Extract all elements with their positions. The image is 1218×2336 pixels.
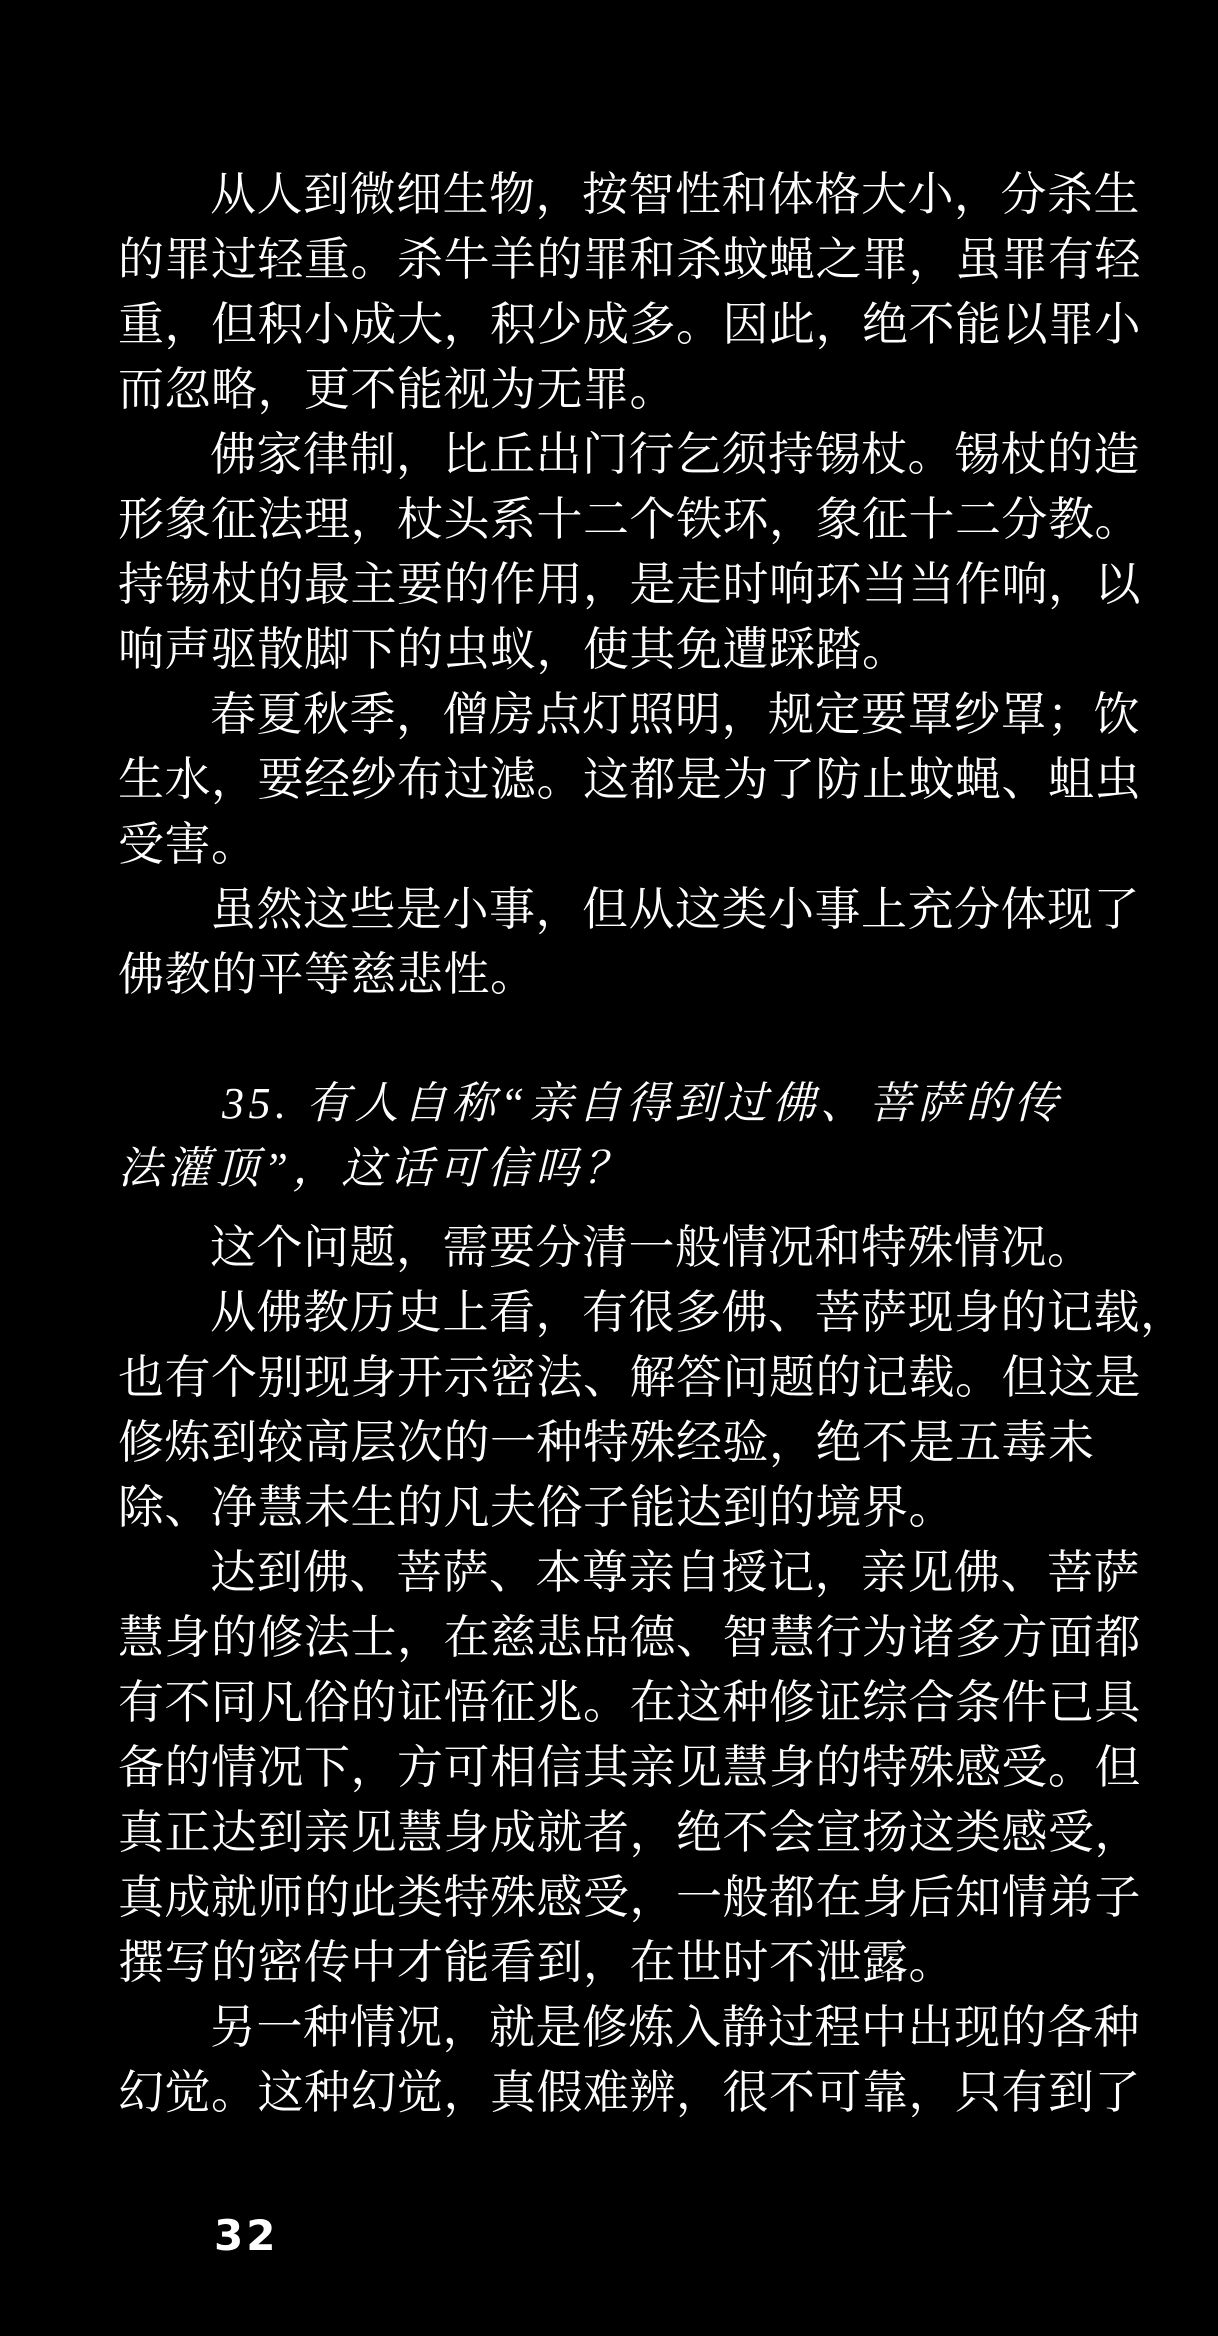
book-page: 从人到微细生物，按智性和体格大小，分杀生的罪过轻重。杀牛羊的罪和杀蚊蝇之罪，虽罪…: [0, 0, 1218, 2336]
text-line: 佛家律制，比丘出门行乞须持锡杖。锡杖的造: [118, 422, 1148, 487]
text-line: 35. 有人自称“亲自得到过佛、菩萨的传: [118, 1071, 1148, 1136]
text-line: 修炼到较高层次的一种特殊经验，绝不是五毒未: [118, 1410, 1148, 1475]
text-line: 形象征法理，杖头系十二个铁环，象征十二分教。: [118, 487, 1148, 552]
text-line: 响声驱散脚下的虫蚁，使其免遭踩踏。: [118, 617, 1148, 682]
paragraph: 达到佛、菩萨、本尊亲自授记，亲见佛、菩萨慧身的修法士，在慈悲品德、智慧行为诸多方…: [118, 1540, 1148, 1995]
text-line: 而忽略，更不能视为无罪。: [118, 357, 1148, 422]
paragraph: 虽然这些是小事，但从这类小事上充分体现了佛教的平等慈悲性。: [118, 877, 1148, 1007]
text-line: 幻觉。这种幻觉，真假难辨，很不可靠，只有到了: [118, 2060, 1148, 2125]
section-heading: 35. 有人自称“亲自得到过佛、菩萨的传法灌顶”，这话可信吗？: [118, 1071, 1148, 1201]
paragraph: 从人到微细生物，按智性和体格大小，分杀生的罪过轻重。杀牛羊的罪和杀蚊蝇之罪，虽罪…: [118, 162, 1148, 422]
text-line: 从人到微细生物，按智性和体格大小，分杀生: [118, 162, 1148, 227]
text-line: 重，但积小成大，积少成多。因此，绝不能以罪小: [118, 292, 1148, 357]
text-line: 虽然这些是小事，但从这类小事上充分体现了: [118, 877, 1148, 942]
text-line: 佛教的平等慈悲性。: [118, 942, 1148, 1007]
text-line: 达到佛、菩萨、本尊亲自授记，亲见佛、菩萨: [118, 1540, 1148, 1605]
paragraph: 春夏秋季，僧房点灯照明，规定要罩纱罩；饮生水，要经纱布过滤。这都是为了防止蚊蝇、…: [118, 682, 1148, 877]
text-line: 持锡杖的最主要的作用，是走时响环当当作响，以: [118, 552, 1148, 617]
page-content: 从人到微细生物，按智性和体格大小，分杀生的罪过轻重。杀牛羊的罪和杀蚊蝇之罪，虽罪…: [118, 162, 1148, 2125]
text-line: 的罪过轻重。杀牛羊的罪和杀蚊蝇之罪，虽罪有轻: [118, 227, 1148, 292]
text-line: 备的情况下，方可相信其亲见慧身的特殊感受。但: [118, 1735, 1148, 1800]
text-line: 春夏秋季，僧房点灯照明，规定要罩纱罩；饮: [118, 682, 1148, 747]
text-line: 生水，要经纱布过滤。这都是为了防止蚊蝇、蛆虫: [118, 747, 1148, 812]
text-line: 也有个别现身开示密法、解答问题的记载。但这是: [118, 1345, 1148, 1410]
paragraph: 另一种情况，就是修炼入静过程中出现的各种幻觉。这种幻觉，真假难辨，很不可靠，只有…: [118, 1995, 1148, 2125]
text-line: 有不同凡俗的证悟征兆。在这种修证综合条件已具: [118, 1670, 1148, 1735]
text-line: 这个问题，需要分清一般情况和特殊情况。: [118, 1215, 1148, 1280]
text-line: 除、净慧未生的凡夫俗子能达到的境界。: [118, 1475, 1148, 1540]
text-line: 法灌顶”，这话可信吗？: [118, 1136, 1148, 1201]
text-line: 另一种情况，就是修炼入静过程中出现的各种: [118, 1995, 1148, 2060]
text-line: 真正达到亲见慧身成就者，绝不会宣扬这类感受，: [118, 1800, 1148, 1865]
text-line: 撰写的密传中才能看到，在世时不泄露。: [118, 1930, 1148, 1995]
paragraph: 从佛教历史上看，有很多佛、菩萨现身的记载，也有个别现身开示密法、解答问题的记载。…: [118, 1280, 1148, 1540]
page-number: 32: [214, 2212, 278, 2260]
text-line: 受害。: [118, 812, 1148, 877]
paragraph: 这个问题，需要分清一般情况和特殊情况。: [118, 1215, 1148, 1280]
paragraph: 佛家律制，比丘出门行乞须持锡杖。锡杖的造形象征法理，杖头系十二个铁环，象征十二分…: [118, 422, 1148, 682]
text-line: 从佛教历史上看，有很多佛、菩萨现身的记载，: [118, 1280, 1148, 1345]
text-line: 真成就师的此类特殊感受，一般都在身后知情弟子: [118, 1865, 1148, 1930]
text-line: 慧身的修法士，在慈悲品德、智慧行为诸多方面都: [118, 1605, 1148, 1670]
